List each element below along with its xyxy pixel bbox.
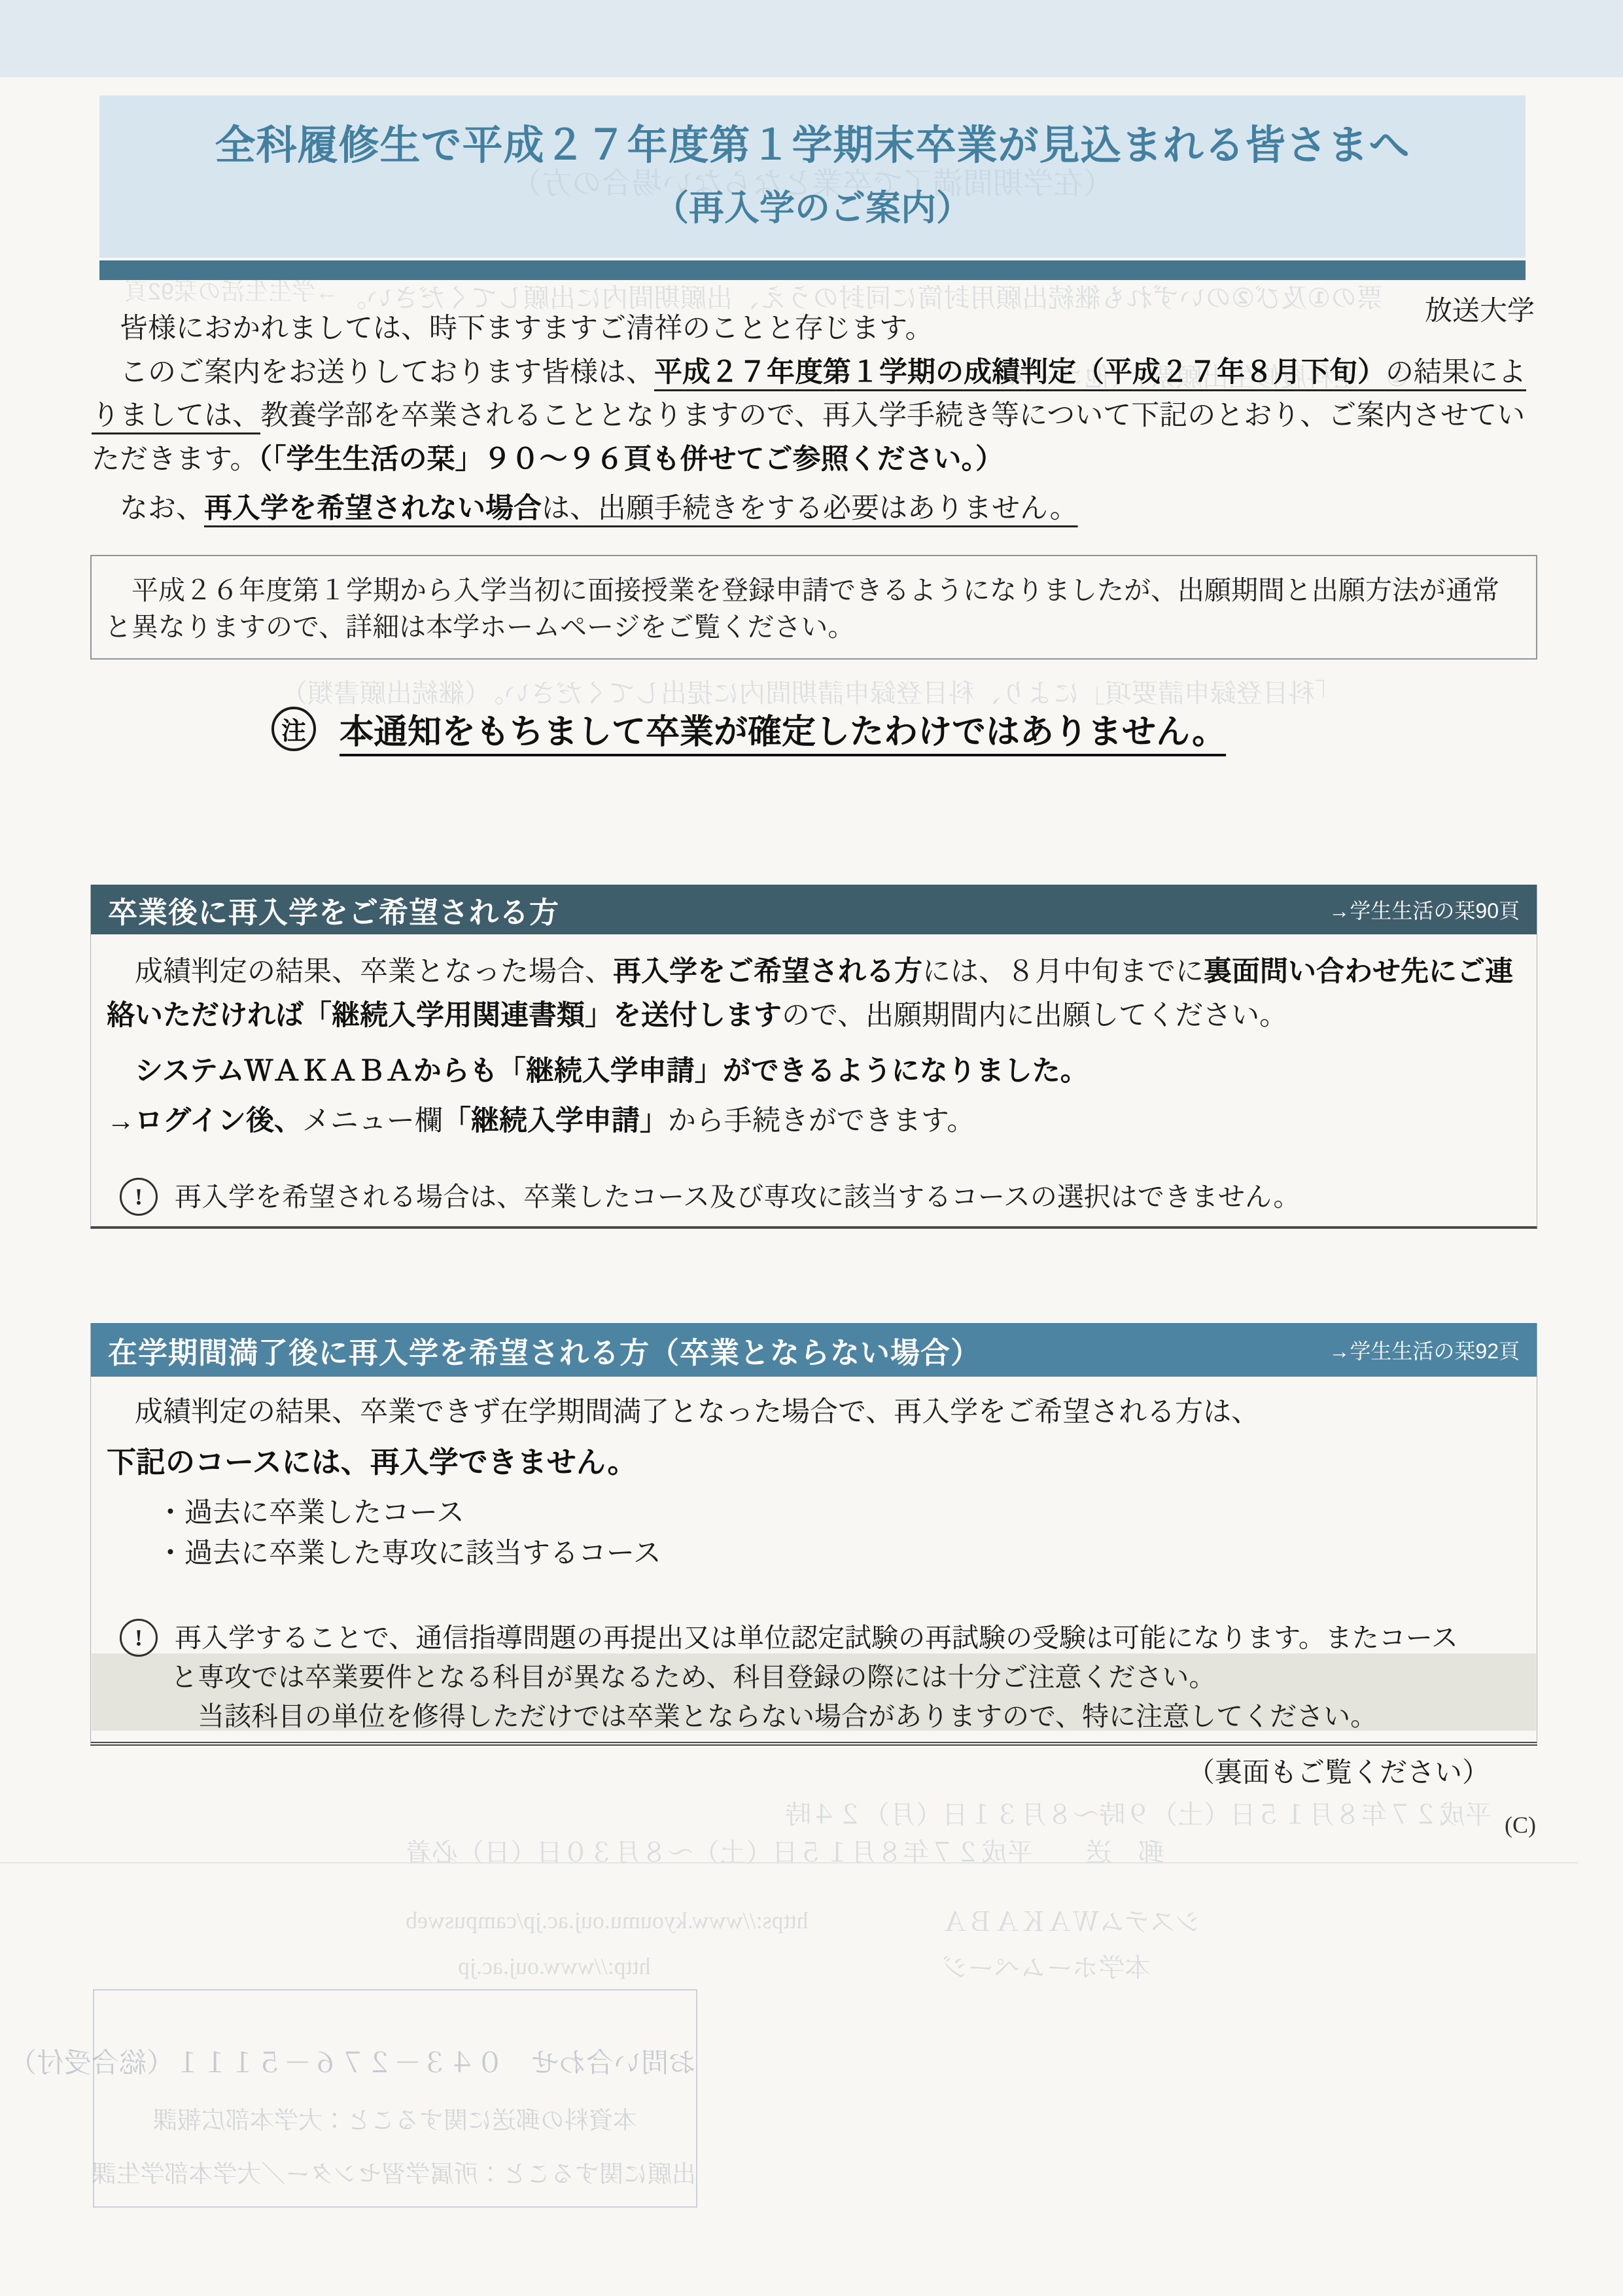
section1-heading: 卒業後に再入学をご希望される方	[108, 889, 559, 931]
emphasis-underlined: 平成２７年度第１学期の成績判定（平成２７年８月下旬）	[654, 357, 1386, 388]
emphasis-run: 再入学をご希望される方	[613, 956, 922, 987]
nao-paragraph: なお、再入学を希望されない場合は、出願手続きをする必要はありません。	[92, 487, 1539, 531]
section2-caution-line3: 当該科目の単位を修得しただけでは卒業とならない場合がありますので、特に注意してく…	[120, 1697, 1521, 1735]
emphasis-run: →ログイン後、	[107, 1105, 302, 1137]
showthrough-line: 平成２７年８月１５日（土）９時～８月３１日（月）２４時	[785, 1794, 1492, 1831]
greeting-paragraph: 皆様におかれましては、時下ますますご清祥のことと存じます。	[92, 308, 1537, 351]
text-run: 成績判定の結果、卒業となった場合、	[107, 957, 613, 987]
see-reverse-note: （裏面もご覧ください）	[1187, 1751, 1490, 1790]
section1-page-ref: →学生生活の栞90頁	[1329, 894, 1520, 925]
section2-page-ref: →学生生活の栞92頁	[1329, 1335, 1520, 1365]
showthrough-homepage-url: http://www.ouj.ac.jp	[458, 1952, 651, 1980]
section1-caution-text: 再入学を希望される場合は、卒業したコース及び専攻に該当するコースの選択はできませ…	[175, 1178, 1300, 1216]
important-note: 注 本通知をもちまして卒業が確定したわけではありません。	[271, 704, 1226, 753]
showthrough-contact-mail: 本資料の郵送に関すること：大学本部広報課	[94, 2100, 696, 2136]
list-item: ・過去に卒業したコース	[156, 1492, 464, 1535]
section2-caution-line1: 再入学することで、通信指導問題の再提出又は単位認定試験の再試験の受験は可能になり…	[175, 1619, 1458, 1657]
showthrough-band	[0, 0, 1623, 77]
main-paragraph: このご案内をお送りしております皆様は、平成２７年度第１学期の成績判定（平成２７年…	[92, 351, 1539, 482]
section1-header-bar: 卒業後に再入学をご希望される方 →学生生活の栞90頁	[91, 885, 1537, 934]
scanned-letter-page: →学生生活の栞92頁 票の①及び②のいずれも継続出願用封筒に同封のうえ、出願期間…	[0, 0, 1623, 2296]
title-box: 全科履修生で平成２７年度第１学期末卒業が見込まれる皆さまへ （再入学のご案内） …	[99, 96, 1526, 258]
exclamation-circle-icon: !	[120, 1178, 158, 1216]
important-note-text: 本通知をもちまして卒業が確定したわけではありません。	[340, 704, 1226, 753]
showthrough-rule	[0, 1862, 1578, 1863]
text-run: から手続きができます。	[668, 1106, 975, 1137]
showthrough-line: 郵 送 平成２７年８月１５日（土）～８月３０日（日）必着	[406, 1832, 1164, 1869]
section2-lead-line: 下記のコースには、再入学できません。	[107, 1441, 1521, 1484]
section2-caution: ! 再入学することで、通信指導問題の再提出又は単位認定試験の再試験の受験は可能に…	[120, 1619, 1521, 1735]
emphasis-run: （「学生生活の栞」９０～９６頁も併せてご参照ください。）	[258, 444, 1004, 475]
emphasis-run: 「継続入学申請」	[443, 1105, 668, 1137]
showthrough-wakaba-url: https://www.kyoumu.ouj.ac.jp/campusweb	[406, 1907, 809, 1934]
section1-login-line: →ログイン後、メニュー欄「継続入学申請」から手続きができます。	[107, 1099, 1521, 1143]
showthrough-contact-phone: お問い合わせ ０４３－２７６－５１１１（総合受付）	[94, 2041, 696, 2081]
text-run: には、８月中旬までに	[922, 957, 1204, 987]
section2-caution-line2: と専攻では卒業要件となる科目が異なるため、科目登録の際には十分ご注意ください。	[120, 1658, 1521, 1696]
showthrough-homepage-label: 本学ホームページ	[942, 1947, 1151, 1985]
section1-paragraph: 成績判定の結果、卒業となった場合、再入学をご希望される方には、８月中旬までに裏面…	[107, 950, 1521, 1038]
section2-heading: 在学期間満了後に再入学を希望される方（卒業とならない場合）	[108, 1329, 981, 1371]
text-run: このご案内をお送りしております皆様は、	[92, 357, 654, 388]
section1-wakaba-line: システムＷＡＫＡＢＡからも「継続入学申請」ができるようになりました。	[107, 1050, 1521, 1093]
text-run: は、出願手続きをする必要はありません。	[542, 493, 1078, 524]
title-divider-bar	[99, 260, 1526, 280]
notice-box: 平成２６年度第１学期から入学当初に面接授業を登録申請できるようになりましたが、出…	[90, 555, 1537, 660]
exclamation-circle-icon: !	[120, 1619, 158, 1657]
showthrough-contact-apply: 出願に関すること：所属学習センター／大学本部学生課	[94, 2154, 696, 2189]
text-run: メニュー欄	[302, 1106, 443, 1137]
section1-caution: ! 再入学を希望される場合は、卒業したコース及び専攻に該当するコースの選択はでき…	[120, 1178, 1517, 1216]
note-circle-icon: 注	[271, 707, 316, 751]
section-term-expired: 在学期間満了後に再入学を希望される方（卒業とならない場合） →学生生活の栞92頁…	[90, 1323, 1537, 1746]
section-graduates: 卒業後に再入学をご希望される方 →学生生活の栞90頁 成績判定の結果、卒業となっ…	[90, 885, 1537, 1229]
notice-text: 平成２６年度第１学期から入学当初に面接授業を登録申請できるようになりましたが、出…	[105, 572, 1523, 645]
showthrough-back-title: （在学期間満了で卒業とならない場合の方）	[99, 160, 1526, 203]
showthrough-contact-box: お問い合わせ ０４３－２７６－５１１１（総合受付） 本資料の郵送に関すること：大…	[93, 1989, 697, 2208]
underlined-run: 再入学を希望されない場合は、出願手続きをする必要はありません。	[204, 493, 1078, 524]
section2-header-bar: 在学期間満了後に再入学を希望される方（卒業とならない場合） →学生生活の栞92頁	[91, 1323, 1537, 1377]
showthrough-wakaba-label: システムＷＡＫＡＢＡ	[942, 1901, 1201, 1939]
copyright-mark: (C)	[1505, 1811, 1536, 1839]
text-run: ので、出願期間内に出願してください。	[782, 1000, 1287, 1031]
emphasis-run: 再入学を希望されない場合	[204, 493, 542, 524]
section2-paragraph: 成績判定の結果、卒業できず在学期間満了となった場合で、再入学をご希望される方は、	[107, 1391, 1521, 1434]
text-run: なお、	[92, 493, 204, 524]
section2-caution-row: ! 再入学することで、通信指導問題の再提出又は単位認定試験の再試験の受験は可能に…	[120, 1619, 1521, 1657]
list-item: ・過去に卒業した専攻に該当するコース	[156, 1532, 661, 1576]
